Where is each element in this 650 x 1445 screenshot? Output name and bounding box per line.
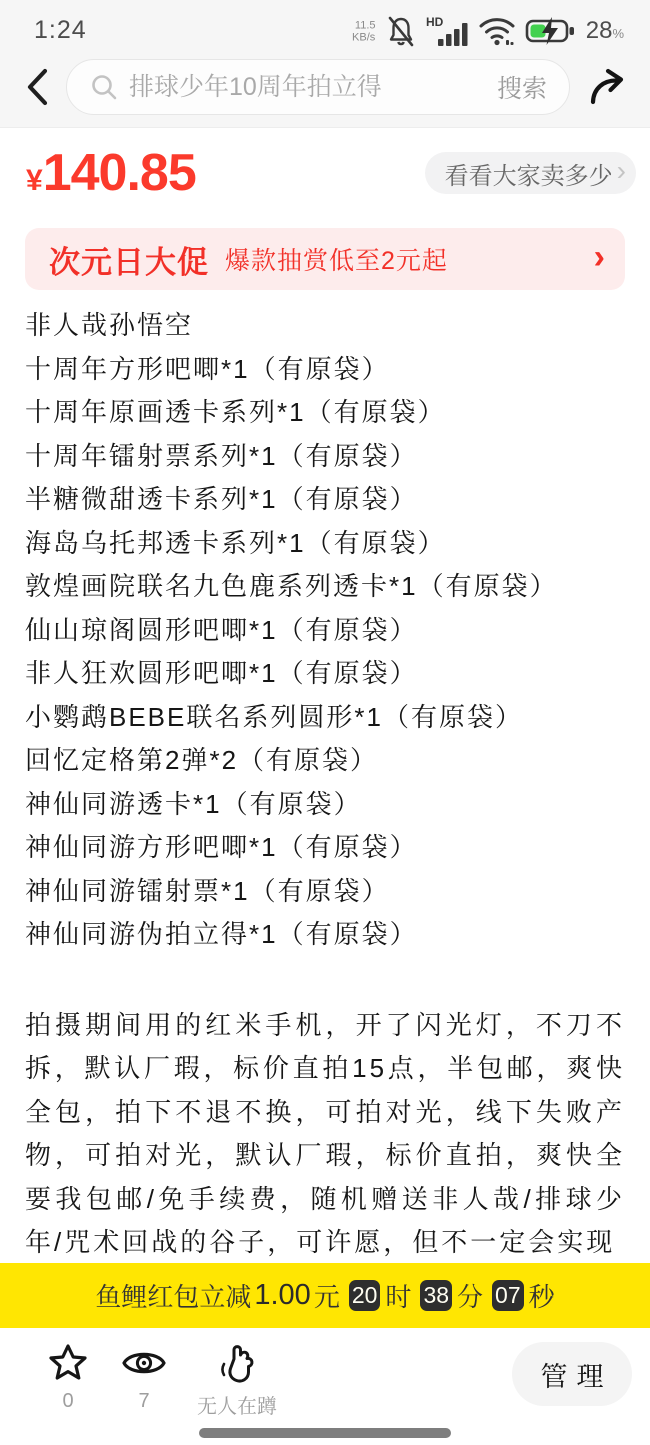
promo-title: 次元日大促 [49,237,209,282]
home-indicator[interactable] [199,1428,451,1438]
search-box[interactable]: 搜索 [66,59,570,115]
description-line: 仙山琼阁圆形吧唧*1（有原袋） [25,609,625,653]
price: ¥ 140.85 [26,143,196,203]
description-line: 神仙同游镭射票*1（有原袋） [25,870,625,914]
battery-charging-icon [525,16,577,46]
favorite-count: 0 [62,1390,73,1413]
countdown-hours: 20 [349,1280,381,1311]
countdown-seconds-label: 秒 [529,1277,555,1314]
search-icon [89,72,119,102]
description-line: 神仙同游伪拍立得*1（有原袋） [25,913,625,957]
mute-bell-icon [386,15,416,47]
currency-symbol: ¥ [26,164,43,198]
search-button[interactable]: 搜索 [497,69,547,105]
description-line: 小鹦鹉BEBE联名系列圆形*1（有原袋） [25,696,625,740]
share-icon[interactable] [586,67,628,107]
description-line: 非人狂欢圆形吧唧*1（有原袋） [25,652,625,696]
app-screen: 1:24 11.5 KB/s HD [0,0,650,1445]
views-indicator: 7 [106,1342,182,1413]
search-header: 搜索 [0,55,650,128]
description-line: 十周年镭射票系列*1（有原袋） [25,435,625,479]
eye-icon [121,1342,167,1384]
countdown-seconds: 07 [492,1280,524,1311]
coupon-unit: 元 [314,1277,340,1314]
promo-subtitle: 爆款抽赏低至2元起 [225,241,448,277]
description-line: 十周年原画透卡系列*1（有原袋） [25,391,625,435]
chevron-right-icon: › [617,157,626,189]
promo-banner[interactable]: 次元日大促 爆款抽赏低至2元起 › [25,228,625,290]
description-line: 神仙同游透卡*1（有原袋） [25,783,625,827]
cell-signal-hd-icon: HD [425,14,469,48]
countdown-minutes-label: 分 [457,1277,483,1314]
battery-percent: 28% [586,17,624,45]
watcher-label: 无人在蹲 [197,1390,277,1419]
bid-hand-icon [216,1342,258,1384]
description-line: 非人哉孙悟空 [25,304,625,348]
coupon-amount: 1.00 [254,1279,310,1312]
description-line: 半糖微甜透卡系列*1（有原袋） [25,478,625,522]
back-icon[interactable] [24,66,50,108]
countdown-minutes: 38 [420,1280,452,1311]
search-input[interactable] [129,73,487,102]
description-line: 回忆定格第2弹*2（有原袋） [25,739,625,783]
description-line: 敦煌画院联名九色鹿系列透卡*1（有原袋） [25,565,625,609]
network-speed: 11.5 KB/s [351,19,376,43]
description-paragraph: 拍摄期间用的红米手机，开了闪光灯，不刀不拆，默认厂瑕，标价直拍15点，半包邮，爽… [25,1004,625,1265]
star-icon [47,1342,89,1384]
coupon-countdown-bar: 鱼鲤红包立减1.00元 20时 38分 07秒 [0,1263,650,1328]
chevron-right-icon: › [594,240,605,279]
watch-action[interactable]: 无人在蹲 [182,1342,292,1419]
clock: 1:24 [34,16,87,45]
item-description: 非人哉孙悟空 十周年方形吧唧*1（有原袋） 十周年原画透卡系列*1（有原袋） 十… [0,290,650,1265]
countdown-hours-label: 时 [385,1277,411,1314]
hd-label: HD [426,15,444,29]
price-amount: 140.85 [43,143,196,203]
manage-button[interactable]: 管理 [512,1342,632,1406]
view-count: 7 [138,1390,149,1413]
compare-price-button[interactable]: 看看大家卖多少 › [425,152,636,194]
coupon-text: 鱼鲤红包立减 [95,1277,251,1314]
price-section: ¥ 140.85 看看大家卖多少 › [0,128,650,206]
status-bar: 1:24 11.5 KB/s HD [0,0,650,55]
wifi-icon [478,15,516,47]
description-line: 十周年方形吧唧*1（有原袋） [25,348,625,392]
description-line: 海岛乌托邦透卡系列*1（有原袋） [25,522,625,566]
description-line: 神仙同游方形吧唧*1（有原袋） [25,826,625,870]
favorite-action[interactable]: 0 [30,1342,106,1413]
